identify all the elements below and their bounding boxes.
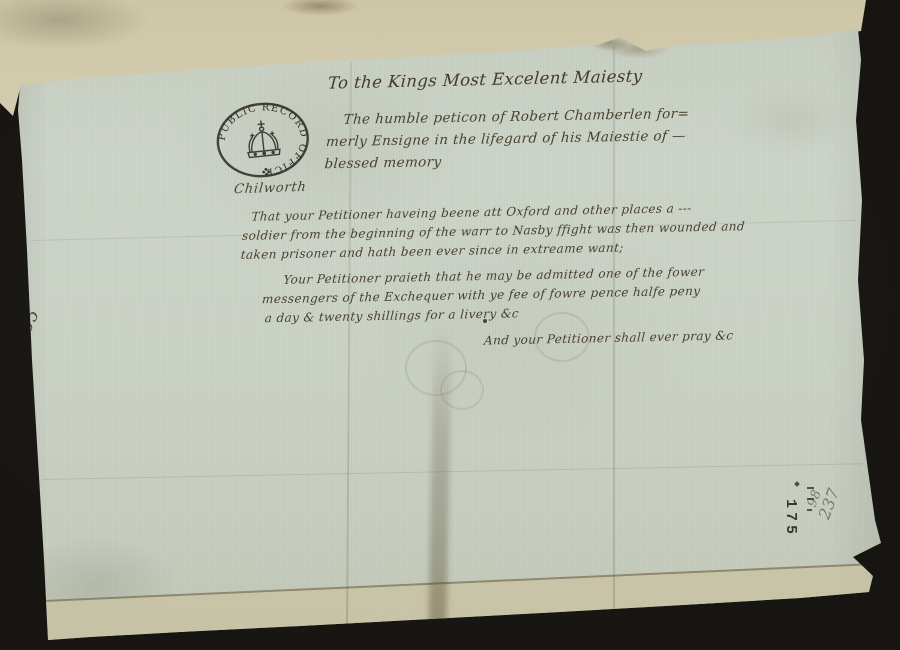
petition-salutation: The humble peticon of Robert Chamberlen … [324, 103, 690, 175]
petition-paragraph-2: Your Petitioner praieth that he may be a… [260, 263, 705, 329]
fold-crease [42, 463, 864, 480]
seal-ring-stain [440, 370, 484, 410]
dash-mark [807, 498, 814, 500]
petition-document: PUBLIC RECORD OFFICE [0, 0, 900, 650]
examiner-signature: Chilworth [233, 180, 307, 198]
dash-mark [807, 509, 812, 511]
crown-icon [245, 119, 280, 157]
tick-marks-icon [795, 480, 817, 516]
photograph-background: PUBLIC RECORD OFFICE [0, 0, 900, 650]
public-record-office-stamp: PUBLIC RECORD OFFICE [208, 93, 319, 191]
dash-mark [807, 487, 814, 489]
closing-line: And your Petitioner shall ever pray &c [484, 328, 734, 347]
petition-paragraph-1: That your Petitioner haveing beene att O… [240, 198, 747, 265]
petition-heading: To the Kings Most Excelent Maiesty [327, 66, 643, 92]
left-margin-number: 165 [11, 306, 44, 347]
diamond-dot-icon [794, 481, 800, 487]
